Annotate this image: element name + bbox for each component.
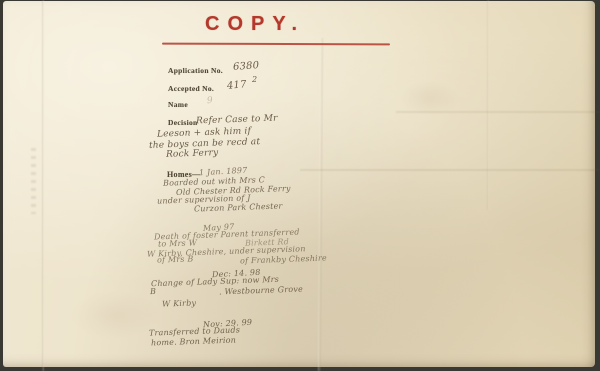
accepted-no-superscript: 2 [252, 75, 257, 84]
decision-line: Rock Ferry [166, 148, 219, 160]
homes-entry-line: of Mrs B [157, 254, 194, 264]
name-value: 9 [206, 96, 213, 107]
homes-entry-line: to Mrs W [158, 238, 197, 248]
application-no-value: 6380 [233, 60, 260, 73]
homes-entry-line: B [150, 287, 156, 296]
name-label: Name [168, 100, 188, 109]
scanned-document: COPY. Application No. 6380 Accepted No. … [0, 0, 600, 371]
decision-label: Decision [168, 118, 197, 127]
homes-entry-line: W Kirby [162, 298, 196, 308]
copy-heading: COPY. [205, 13, 305, 36]
application-no-label: Application No. [168, 66, 223, 75]
accepted-no-label: Accepted No. [168, 84, 214, 93]
accepted-no-value: 417 [227, 79, 248, 92]
document-page [3, 1, 595, 367]
